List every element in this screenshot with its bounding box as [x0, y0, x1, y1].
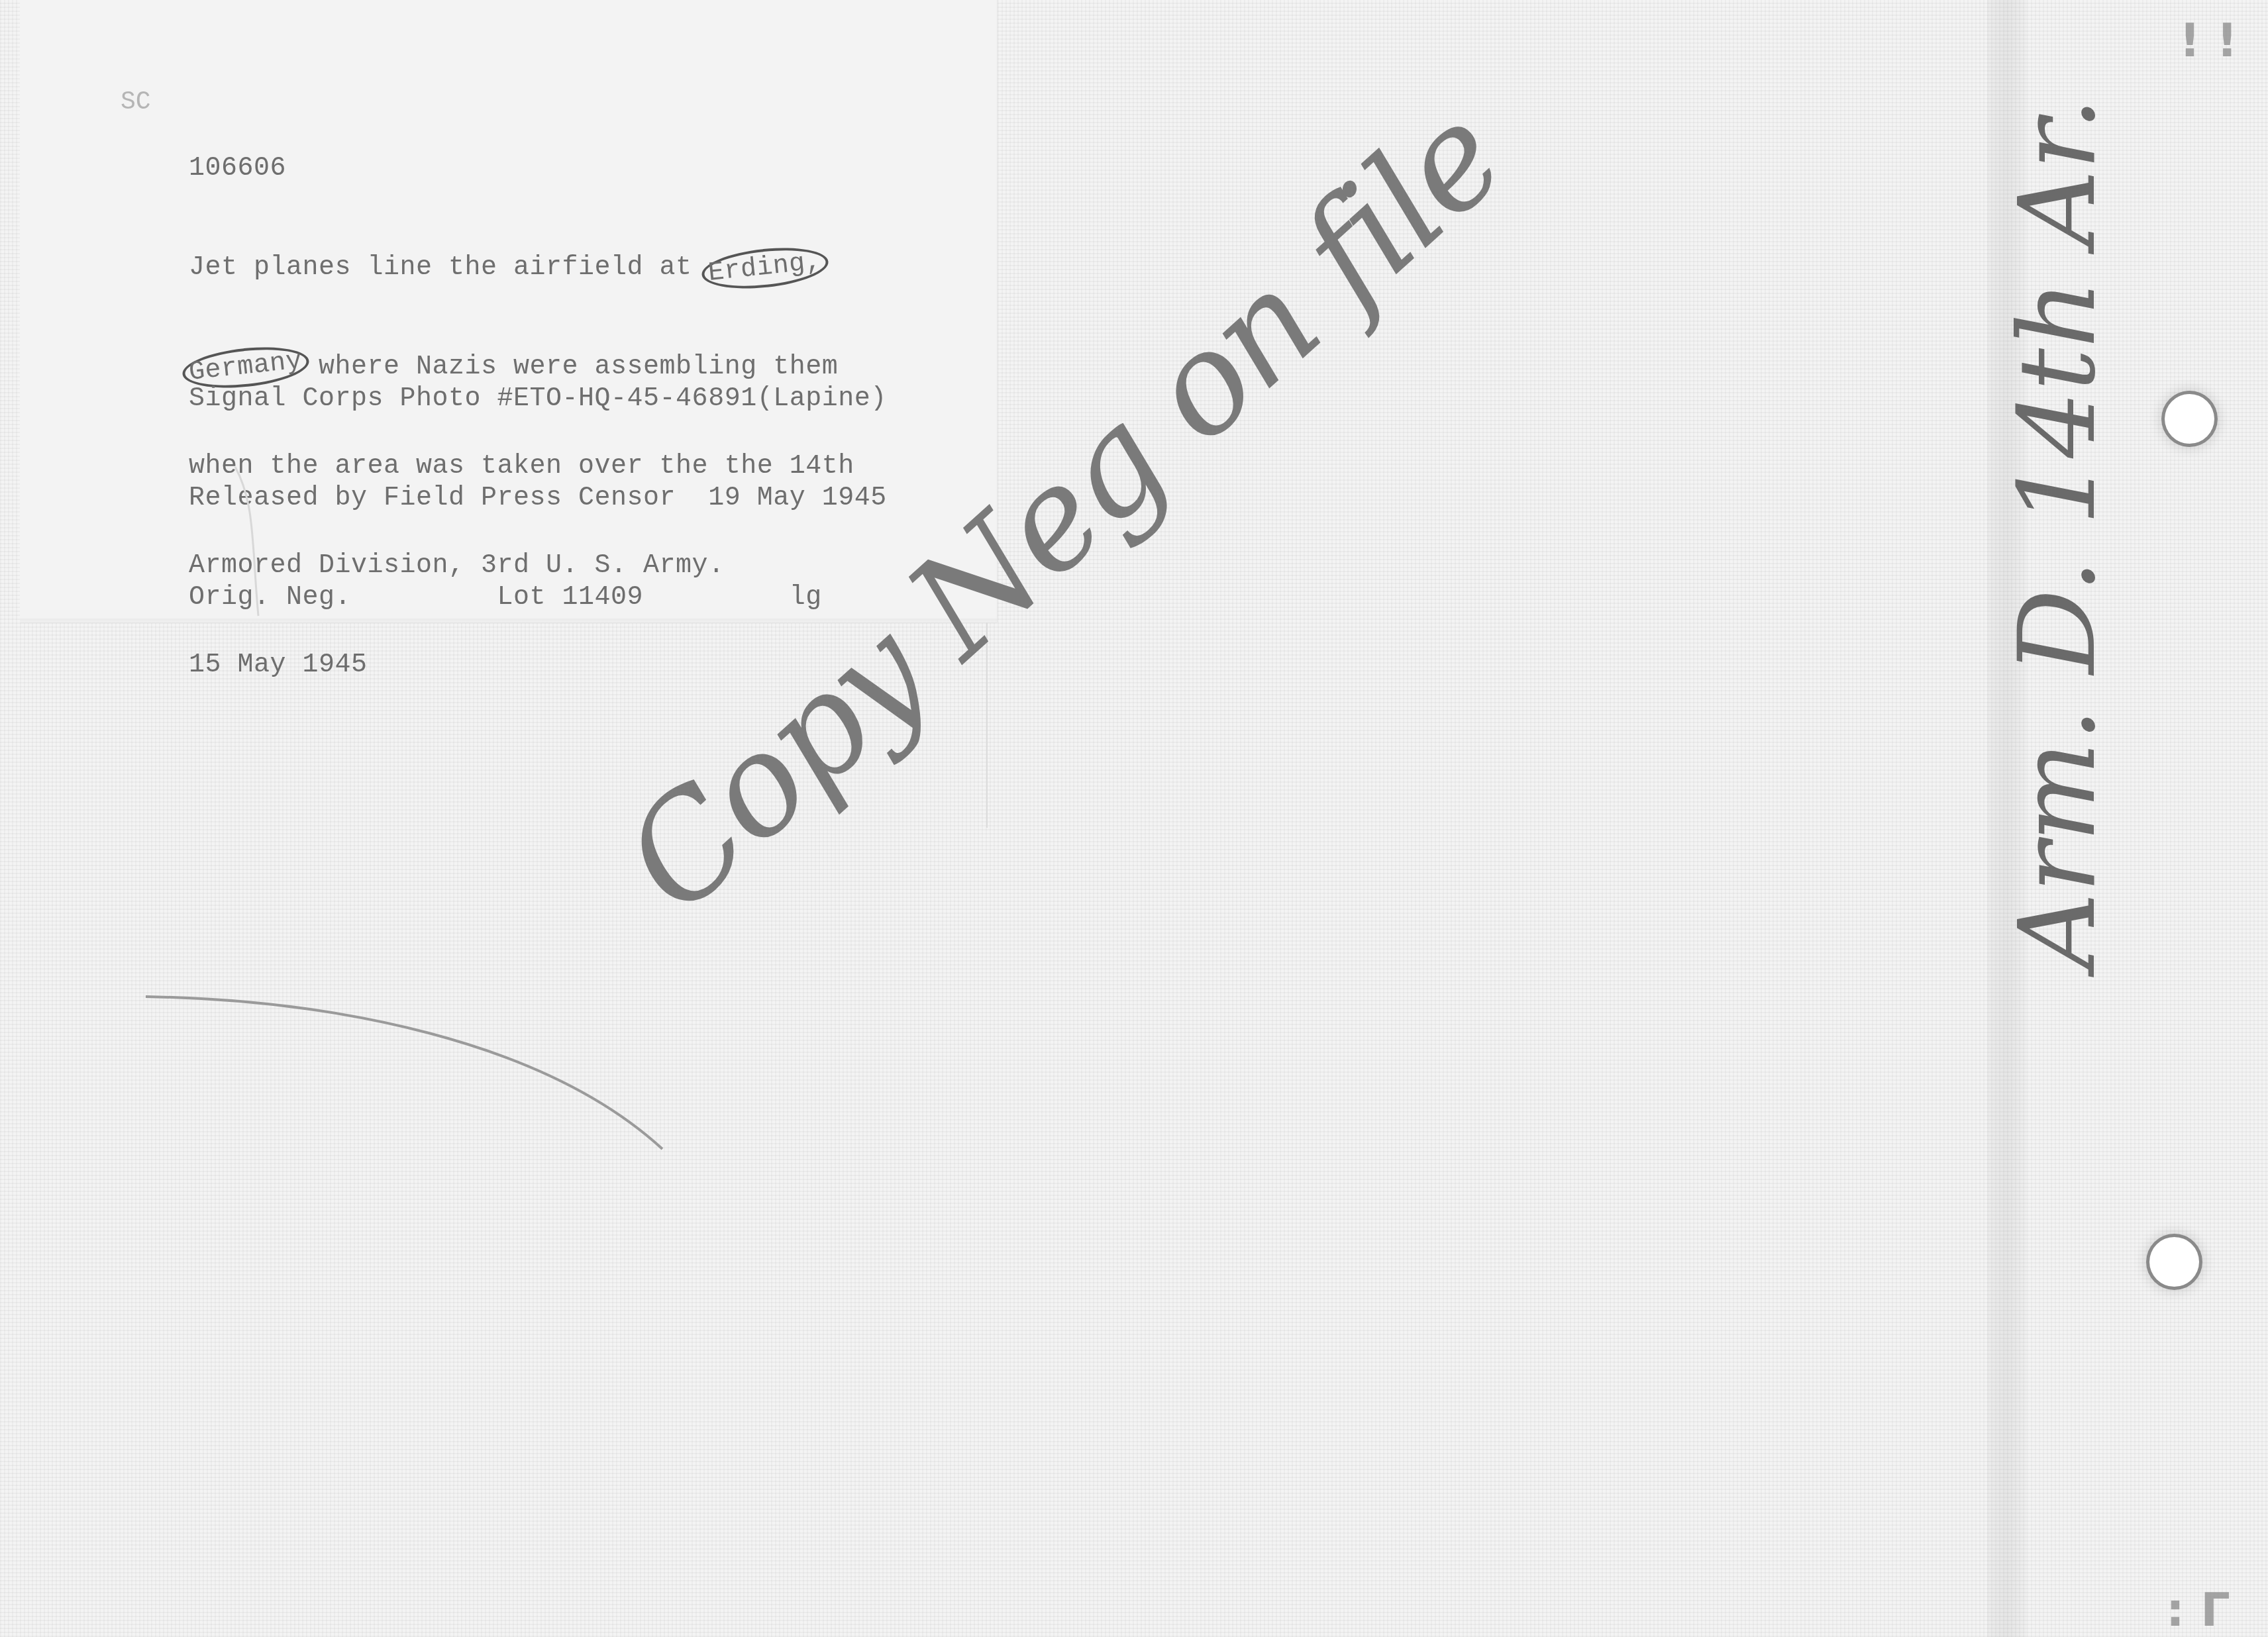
credit-line-photo: Signal Corps Photo #ETO-HQ-45-46891(Lapi…	[189, 383, 887, 416]
sc-prefix: SC	[121, 86, 151, 119]
corner-mark-bottom-icon: : Γ	[2166, 1583, 2230, 1637]
caption-line-1: Jet planes line the airfield at Erding,	[189, 252, 854, 285]
binder-hole-bottom	[2149, 1237, 2199, 1287]
caption-label-paper: SC 106606 Jet planes line the airfield a…	[20, 0, 997, 622]
handwritten-vertical-note: Arm. D. 14th Ar.	[1995, 373, 2119, 969]
credit-line-neg: Orig. Neg. Lot 11409 lg	[189, 581, 887, 615]
pencil-curve-stroke	[146, 997, 662, 1149]
corner-mark-top-icon: ! !	[2179, 13, 2238, 68]
photo-number: 106606	[189, 152, 854, 185]
binder-hole-top	[2165, 394, 2214, 444]
credit-block: Signal Corps Photo #ETO-HQ-45-46891(Lapi…	[189, 317, 887, 681]
credit-line-release: Released by Field Press Censor 19 May 19…	[189, 482, 887, 515]
circled-word-erding: Erding,	[700, 242, 831, 294]
